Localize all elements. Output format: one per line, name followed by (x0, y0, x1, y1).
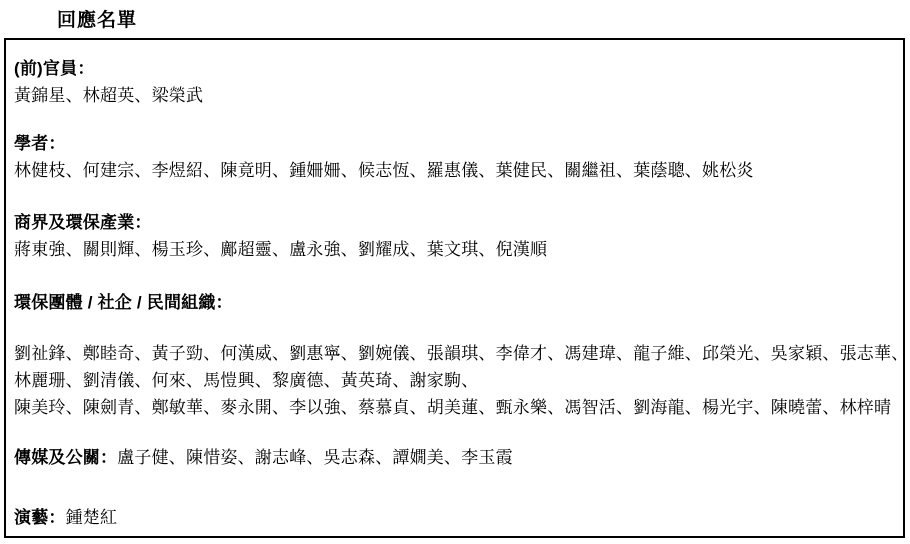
section-heading-media-pr: 傳媒及公關： (14, 448, 117, 467)
section-heading-scholars: 學者： (14, 130, 895, 157)
section-heading-business-env-industry: 商界及環保產業： (14, 209, 895, 236)
section-names-green-groups-line2: 林麗珊、劉清儀、何來、馬愷興、黎廣德、黃英琦、謝家駒、 (14, 367, 895, 394)
section-names-media-pr: 盧子健、陳惜姿、謝志峰、吳志森、譚嫺美、李玉霞 (117, 448, 513, 467)
section-heading-former-officials: (前)官員： (14, 55, 895, 82)
section-media-pr: 傳媒及公關：盧子健、陳惜姿、謝志峰、吳志森、譚嫺美、李玉霞 (14, 444, 895, 471)
section-names-green-groups-line3: 陳美玲、陳劍青、鄭敏華、麥永開、李以強、蔡慕貞、胡美蓮、甄永樂、馮智活、劉海龍、… (14, 394, 895, 421)
page-title: 回應名單 (57, 5, 137, 32)
section-heading-entertainment: 演藝： (14, 508, 66, 527)
response-list-box: (前)官員： 黃錦星、林超英、梁榮武 學者： 林健枝、何建宗、李煜紹、陳竟明、鍾… (4, 38, 905, 538)
section-names-former-officials: 黃錦星、林超英、梁榮武 (14, 82, 895, 109)
section-names-scholars: 林健枝、何建宗、李煜紹、陳竟明、鍾姍姍、候志恆、羅惠儀、葉健民、關繼祖、葉蔭聰、… (14, 157, 895, 184)
section-names-entertainment: 鍾楚紅 (66, 508, 118, 527)
section-entertainment: 演藝：鍾楚紅 (14, 504, 895, 531)
section-names-green-groups-line1: 劉祉鋒、鄭睦奇、黃子勁、何漢威、劉惠寧、劉婉儀、張韻琪、李偉才、馮建瑋、龍子維、… (14, 340, 895, 367)
document-page: 回應名單 (前)官員： 黃錦星、林超英、梁榮武 學者： 林健枝、何建宗、李煜紹、… (0, 0, 910, 544)
section-heading-green-groups: 環保團體 / 社企 / 民間組織： (14, 289, 895, 316)
section-names-business-env-industry: 蔣東強、關則輝、楊玉珍、鄺超靈、盧永強、劉耀成、葉文琪、倪漢順 (14, 236, 895, 263)
